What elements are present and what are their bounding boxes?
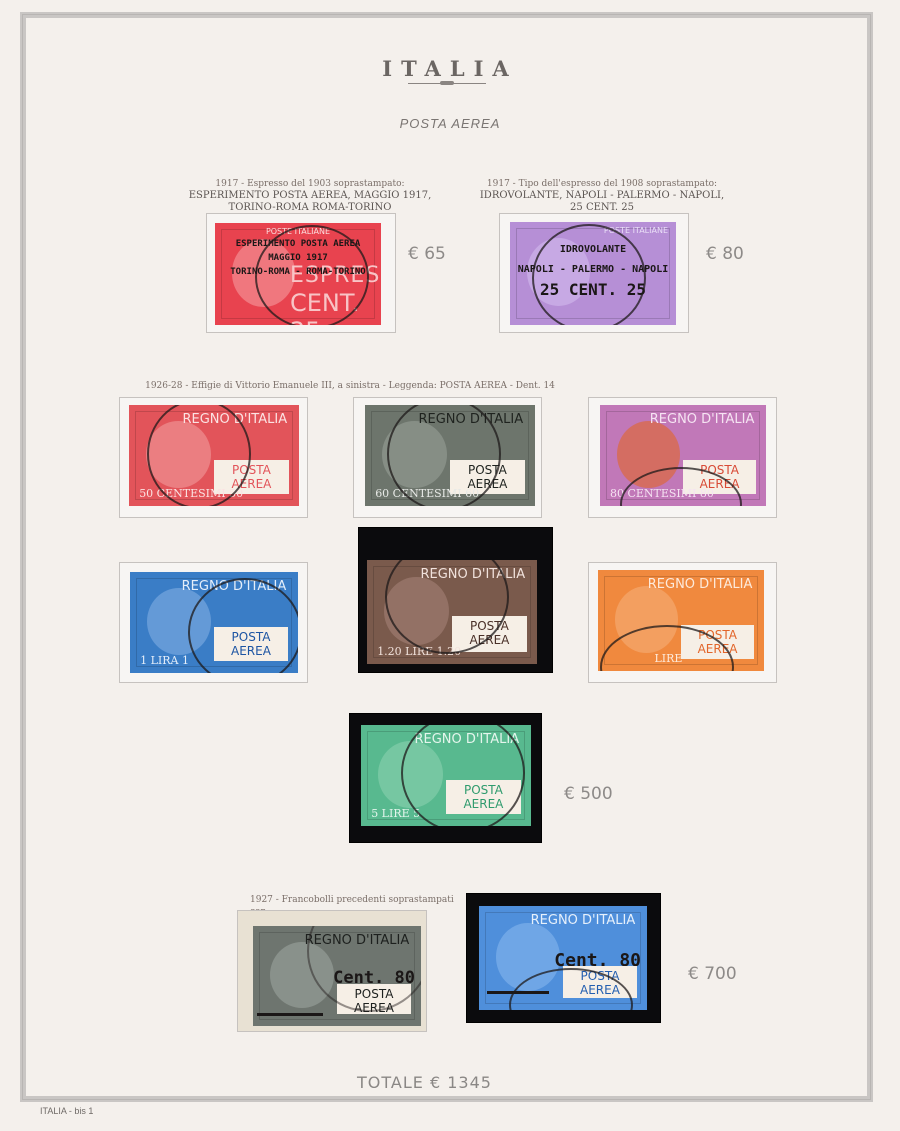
total-value: TOTALE € 1345 (357, 1073, 492, 1092)
price-label: € 65 (408, 244, 446, 264)
caption-1917-espresso-1908: 1917 - Tipo dell'espresso del 1908 sopra… (462, 178, 742, 214)
price-label: € 500 (564, 784, 613, 804)
stamp-posta-aerea-50c[interactable]: REGNO D'ITALIA POSTA AEREA 50 CENTESIMI … (129, 405, 299, 506)
page-subtitle: POSTA AEREA (0, 116, 900, 131)
stamp-posta-aerea-80c[interactable]: REGNO D'ITALIA POSTA AEREA 80 CENTESIMI … (600, 405, 766, 506)
stamp-espresso-torino-roma[interactable]: POSTE ITALIANE ESPRESSO CENT. 25 ESPERIM… (215, 223, 381, 325)
stamp-posta-aerea-5l[interactable]: REGNO D'ITALIA POSTA AEREA 5 LIRE 5 (361, 725, 531, 826)
postmark-icon (255, 225, 369, 325)
stamp-posta-aerea-60c[interactable]: REGNO D'ITALIA POSTA AEREA 60 CENTESIMI … (365, 405, 535, 506)
stamp-espresso-idrovolante[interactable]: POSTE ITALIANE IDROVOLANTE NAPOLI - PALE… (510, 222, 676, 325)
postmark-icon (532, 224, 646, 325)
caption-1926-28-series: 1926-28 - Effigie di Vittorio Emanuele I… (120, 380, 580, 392)
price-label: € 80 (706, 244, 744, 264)
title-ornament (408, 83, 486, 86)
price-label: € 700 (688, 964, 737, 984)
stamp-overprint-cent80-on-60c[interactable]: REGNO D'ITALIA Cent. 80 POSTA AEREA (253, 926, 421, 1026)
caption-1917-espresso-1903: 1917 - Espresso del 1903 soprastampato: … (170, 178, 450, 214)
page-title: ITALIA (0, 56, 900, 81)
obliteration-bar (257, 1013, 323, 1016)
stamp-posta-aerea-1l50[interactable]: REGNO D'ITALIA POSTA AEREA LIRE (598, 570, 764, 671)
stamp-posta-aerea-1l20[interactable]: REGNO D'ITALIA POSTA AEREA 1.20 LIRE 1.2… (367, 560, 537, 664)
page-footer: ITALIA - bis 1 (40, 1106, 93, 1116)
postmark-icon (147, 405, 251, 506)
postmark-icon (188, 578, 298, 673)
stamp-posta-aerea-1l[interactable]: REGNO D'ITALIA POSTA AEREA 1 LIRA 1 (130, 572, 298, 673)
postmark-icon (401, 725, 525, 826)
stamp-overprint-cent80-on-1l[interactable]: REGNO D'ITALIA Cent. 80 POSTA AEREA (479, 906, 647, 1010)
postmark-icon (387, 405, 501, 506)
